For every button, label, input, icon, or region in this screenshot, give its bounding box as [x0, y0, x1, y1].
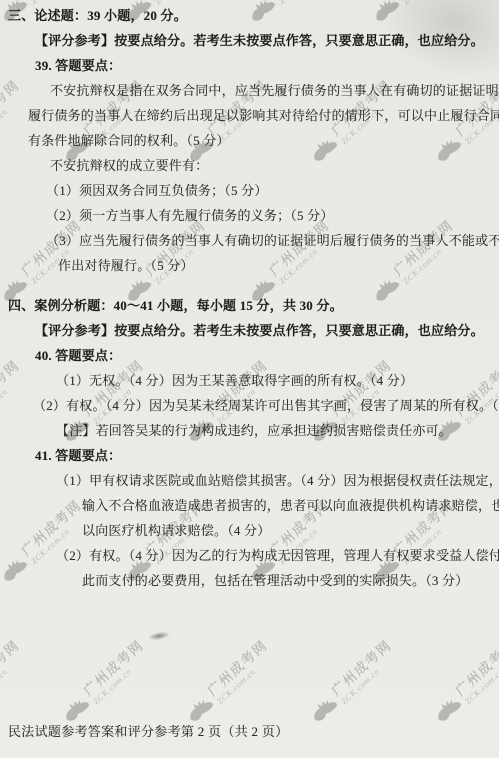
q41-label: 41. 答题要点：	[0, 443, 499, 468]
watermark-site-name: 广州成考网	[329, 638, 394, 699]
watermark-text: 广州成考网ZCK.com.cn	[81, 638, 153, 706]
q39-item: （1）须因双务合同互负债务；（5 分）	[0, 178, 499, 203]
page-footer: 民法试题参考答案和评分参考第 2 页（共 2 页）	[8, 721, 289, 740]
q41-item-line: 输入不合格血液造成患者损害的，患者可以向血液提供机构请求赔偿，也可	[0, 493, 499, 518]
watermark-site-name: 广州成考网	[453, 638, 499, 699]
watermark: 广州成考网ZCK.com.cn	[304, 623, 418, 729]
hand-icon	[429, 691, 467, 728]
watermark-site-name: 广州成考网	[205, 638, 270, 699]
watermark-domain: ZCK.com.cn	[215, 649, 277, 706]
watermark-domain: ZCK.com.cn	[91, 649, 153, 706]
scan-smudge	[147, 630, 170, 642]
watermark-site-name: 广州成考网	[81, 638, 146, 699]
q39-paragraph-line: 有条件地解除合同的权利。（5 分）	[0, 128, 499, 153]
q40-item: （2）有权。（4 分）因为吴某未经周某许可出售其字画，侵害了周某的所有权。（3 …	[0, 393, 499, 418]
watermark-domain: ZCK.com.cn	[463, 649, 499, 706]
watermark-domain: ZCK.com.cn	[0, 649, 29, 706]
watermark-text: 广州成考网ZCK.com.cn	[453, 638, 499, 706]
section-case-heading: 四、案例分析题：40～41 小题，每小题 15 分，共 30 分。	[0, 293, 499, 318]
q40-label: 40. 答题要点：	[0, 343, 499, 368]
watermark-text: 广州成考网ZCK.com.cn	[0, 638, 29, 706]
q41-item-line: 此而支付的必要费用，包括在管理活动中受到的实际损失。（3 分）	[0, 568, 499, 593]
q40-item: （1）无权。（4 分）因为王某善意取得字画的所有权。（4 分）	[0, 368, 499, 393]
watermark: 广州成考网ZCK.com.cn	[180, 623, 294, 729]
q41-item-line: （1）甲有权请求医院或血站赔偿其损害。（4 分）因为根据侵权责任法规定，因	[0, 468, 499, 493]
watermark-domain: ZCK.com.cn	[339, 649, 401, 706]
watermark-text: 广州成考网ZCK.com.cn	[329, 638, 401, 706]
q39-label: 39. 答题要点：	[0, 53, 499, 78]
section-essay-heading: 三、论述题：39 小题，20 分。	[0, 3, 499, 28]
q39-subheading: 不安抗辩权的成立要件有：	[0, 153, 499, 178]
q39-item-continuation: 作出对待履行。（5 分）	[0, 253, 499, 278]
q39-item: （2）须一方当事人有先履行债务的义务；（5 分）	[0, 203, 499, 228]
q41-item-line: 以向医疗机构请求赔偿。（4 分）	[0, 518, 499, 543]
case-scoring-note: 【评分参考】按要点给分。若考生未按要点作答，只要意思正确，也应给分。	[0, 318, 499, 343]
watermark: 广州成考网ZCK.com.cn	[428, 623, 499, 729]
q39-paragraph-line: 履行债务的当事人在缔约后出现足以影响其对待给付的情形下，可以中止履行合同并	[0, 103, 499, 128]
q39-paragraph-line: 不安抗辩权是指在双务合同中，应当先履行债务的当事人在有确切的证据证明后	[0, 78, 499, 103]
essay-scoring-note: 【评分参考】按要点给分。若考生未按要点作答，只要意思正确，也应给分。	[0, 28, 499, 53]
hand-icon	[305, 691, 343, 728]
q41-item-line: （2）有权。（4 分）因为乙的行为构成无因管理，管理人有权要求受益人偿付由	[0, 543, 499, 568]
watermark: 广州成考网ZCK.com.cn	[0, 623, 46, 729]
watermark: 广州成考网ZCK.com.cn	[56, 623, 170, 729]
scanned-exam-answer-page: { "page": { "bg_color": "#eae9e4", "text…	[0, 0, 499, 758]
q39-item: （3）应当先履行债务的当事人有确切的证据证明后履行债务的当事人不能或不会	[0, 228, 499, 253]
q40-note: 【注】若回答吴某的行为构成违约，应承担违约损害赔偿责任亦可。	[0, 418, 499, 443]
watermark-text: 广州成考网ZCK.com.cn	[205, 638, 277, 706]
watermark-site-name: 广州成考网	[0, 638, 23, 699]
document-body: 三、论述题：39 小题，20 分。 【评分参考】按要点给分。若考生未按要点作答，…	[0, 0, 499, 593]
